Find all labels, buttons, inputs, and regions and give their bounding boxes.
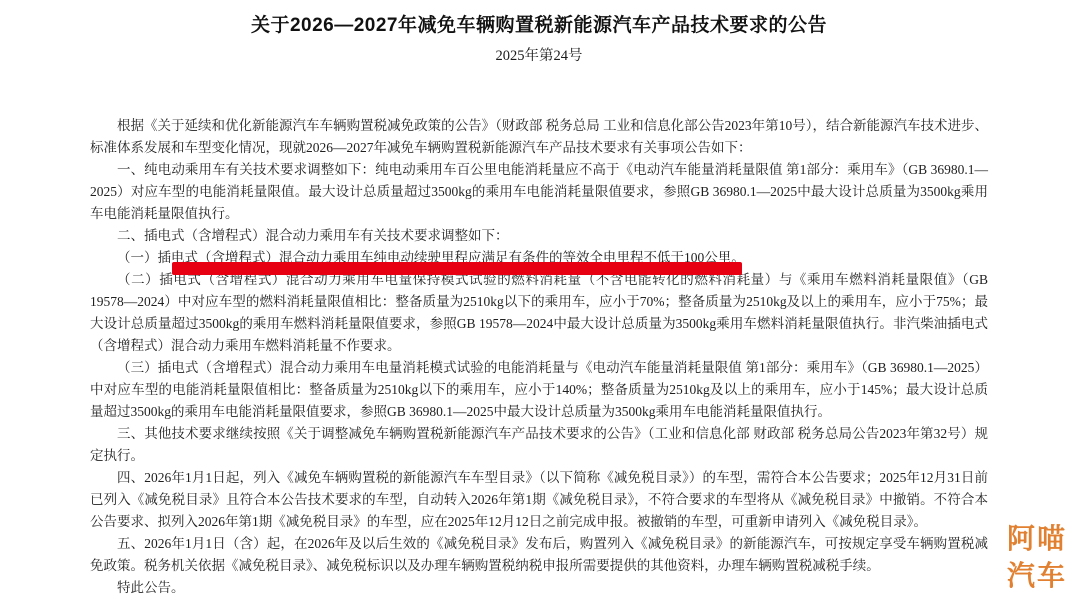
paragraph-section-2-item-2: （二）插电式（含增程式）混合动力乘用车电量保持模式试验的燃料消耗量（不含电能转化… [90,269,988,357]
brand-watermark-line1: 阿喵 [1007,521,1067,558]
document-body: 根据《关于延续和优化新能源汽车车辆购置税减免政策的公告》（财政部 税务总局 工业… [90,115,988,599]
paragraph-section-1: 一、纯电动乘用车有关技术要求调整如下：纯电动乘用车百公里电能消耗量应不高于《电动… [90,159,988,225]
paragraph-section-4: 四、2026年1月1日起，列入《减免车辆购置税的新能源汽车车型目录》（以下简称《… [90,467,988,533]
paragraph-closing: 特此公告。 [90,577,988,599]
paragraph-section-2: 二、插电式（含增程式）混合动力乘用车有关技术要求调整如下： [90,225,988,247]
announcement-document: 关于2026—2027年减免车辆购置税新能源汽车产品技术要求的公告 2025年第… [0,0,1080,603]
paragraph-section-2-item-3: （三）插电式（含增程式）混合动力乘用车电量消耗模式试验的电能消耗量与《电动汽车能… [90,357,988,423]
brand-watermark-line2: 汽车 [1007,558,1067,595]
paragraph-section-5: 五、2026年1月1日（含）起，在2026年及以后生效的《减免税目录》发布后，购… [90,533,988,577]
document-number: 2025年第24号 [90,48,988,65]
document-title: 关于2026—2027年减免车辆购置税新能源汽车产品技术要求的公告 [90,14,988,38]
paragraph-section-2-item-1: （一）插电式（含增程式）混合动力乘用车纯电动续驶里程应满足有条件的等效全电里程不… [90,247,988,269]
paragraph-intro: 根据《关于延续和优化新能源汽车车辆购置税减免政策的公告》（财政部 税务总局 工业… [90,115,988,159]
brand-watermark: 阿喵 汽车 [1007,521,1067,595]
paragraph-section-3: 三、其他技术要求继续按照《关于调整减免车辆购置税新能源汽车产品技术要求的公告》（… [90,423,988,467]
red-highlight-bar [172,262,742,275]
